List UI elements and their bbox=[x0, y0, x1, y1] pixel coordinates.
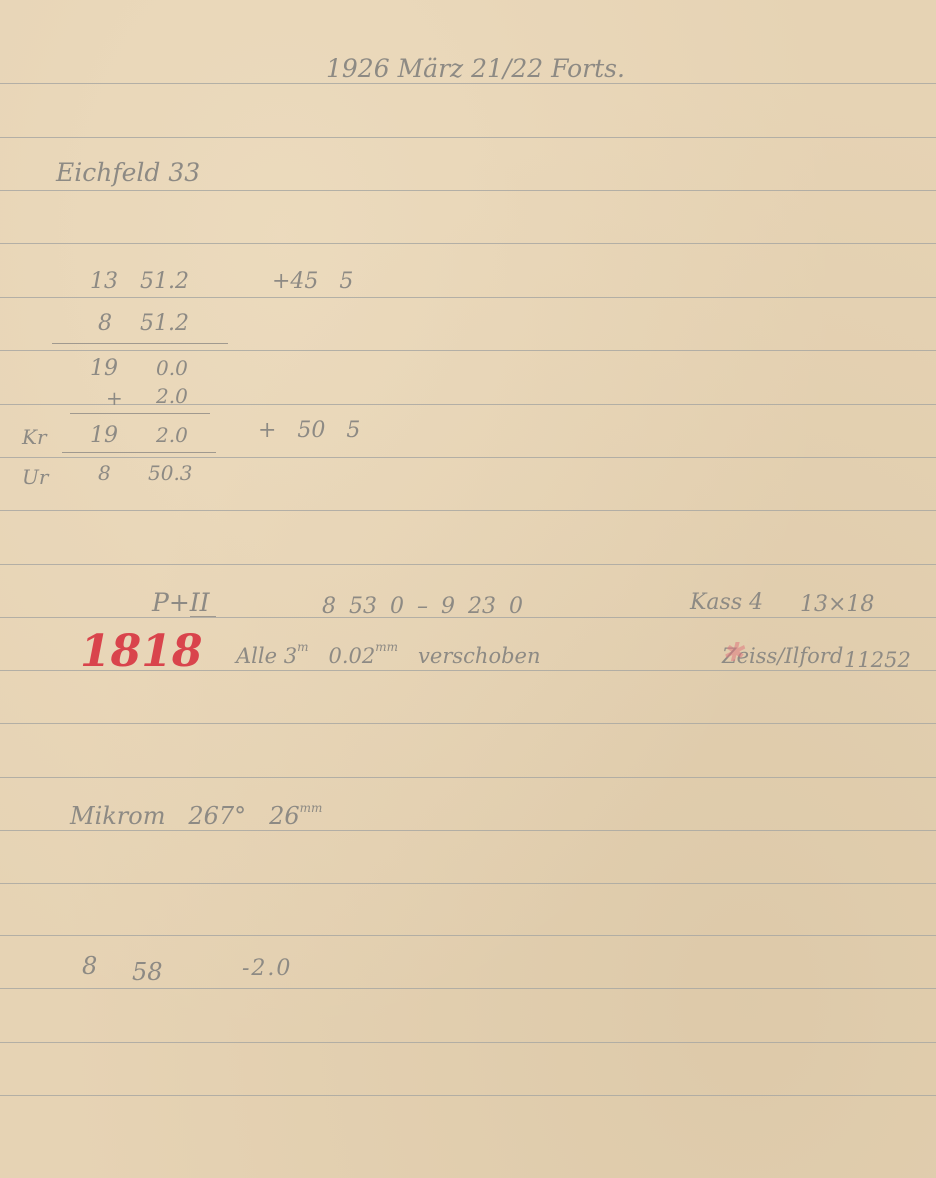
exposure-time-range: 8 53 0 – 9 23 0 bbox=[322, 596, 523, 618]
plate-size: 13×18 bbox=[800, 594, 874, 616]
calc-row-6-label: Ur bbox=[22, 467, 48, 487]
date-heading: 1926 März 21/22 Forts. bbox=[326, 56, 625, 81]
mikrom-reading: Mikrom 267° 26mm bbox=[70, 804, 322, 828]
mikrom-label: Mikrom bbox=[70, 802, 165, 830]
calc-row-4-sign: + bbox=[106, 388, 123, 408]
ruled-line bbox=[0, 830, 936, 831]
ruled-line bbox=[0, 723, 936, 724]
exposure-remark: Alle 3m 0.02mm verschoben bbox=[236, 646, 540, 667]
ruled-line bbox=[0, 297, 936, 298]
calc-row-2-hours: 8 bbox=[98, 313, 112, 335]
ruled-line bbox=[0, 83, 936, 84]
ruled-line bbox=[0, 457, 936, 458]
final-value: -2.0 bbox=[242, 958, 292, 980]
remark-sup-b: mm bbox=[375, 640, 398, 654]
ruled-line bbox=[0, 510, 936, 511]
calc-row-2-minutes: 51.2 bbox=[140, 313, 189, 335]
ruled-line bbox=[0, 564, 936, 565]
mikrom-unit: mm bbox=[300, 801, 323, 815]
calc-row-3-hours: 19 bbox=[90, 358, 118, 380]
sum-underline-3 bbox=[62, 452, 216, 453]
remark-part-b: 0.02 bbox=[328, 644, 375, 668]
ruled-line bbox=[0, 988, 936, 989]
sum-underline-1 bbox=[52, 343, 228, 344]
calc-row-1-hours: 13 bbox=[90, 271, 118, 293]
ruled-line bbox=[0, 777, 936, 778]
calc-row-1-note: +45 5 bbox=[272, 271, 353, 293]
red-stamp-smudge: ✱ bbox=[722, 640, 744, 666]
plate-label: P+II bbox=[152, 590, 210, 615]
calc-row-5-hours: 19 bbox=[90, 425, 118, 447]
ruled-line bbox=[0, 350, 936, 351]
ruled-line bbox=[0, 137, 936, 138]
calc-row-5-label: Kr bbox=[22, 427, 47, 447]
emulsion-number: 11252 bbox=[844, 650, 911, 671]
calc-row-6-hours: 8 bbox=[98, 463, 111, 483]
ruled-line bbox=[0, 243, 936, 244]
calc-row-3-minutes: 0.0 bbox=[156, 358, 188, 378]
remark-sup-a: m bbox=[297, 640, 308, 654]
ruled-line bbox=[0, 190, 936, 191]
calc-row-4-minutes: 2.0 bbox=[156, 386, 188, 406]
calc-row-1-minutes: 51.2 bbox=[140, 271, 189, 293]
calc-row-6-minutes: 50.3 bbox=[148, 463, 193, 483]
plate-number: 1818 bbox=[80, 630, 202, 674]
section-title-eichfeld: Eichfeld 33 bbox=[56, 160, 200, 185]
ruled-line bbox=[0, 404, 936, 405]
remark-part-c: verschoben bbox=[418, 644, 540, 668]
sum-underline-2 bbox=[70, 413, 210, 414]
calc-row-5-minutes: 2.0 bbox=[156, 425, 188, 445]
ruled-line bbox=[0, 935, 936, 936]
ruled-line bbox=[0, 883, 936, 884]
remark-part-a: Alle 3 bbox=[236, 644, 297, 668]
plate-label-underline bbox=[190, 616, 216, 617]
cassette-label: Kass 4 bbox=[690, 592, 763, 614]
ruled-line bbox=[0, 1042, 936, 1043]
ruled-line bbox=[0, 1095, 936, 1096]
final-hours: 8 bbox=[82, 954, 97, 978]
mikrom-angle: 267° bbox=[188, 802, 246, 830]
mikrom-value: 26 bbox=[269, 802, 300, 830]
final-minutes: 58 bbox=[132, 960, 163, 984]
calc-row-5-note: + 50 5 bbox=[258, 420, 360, 442]
